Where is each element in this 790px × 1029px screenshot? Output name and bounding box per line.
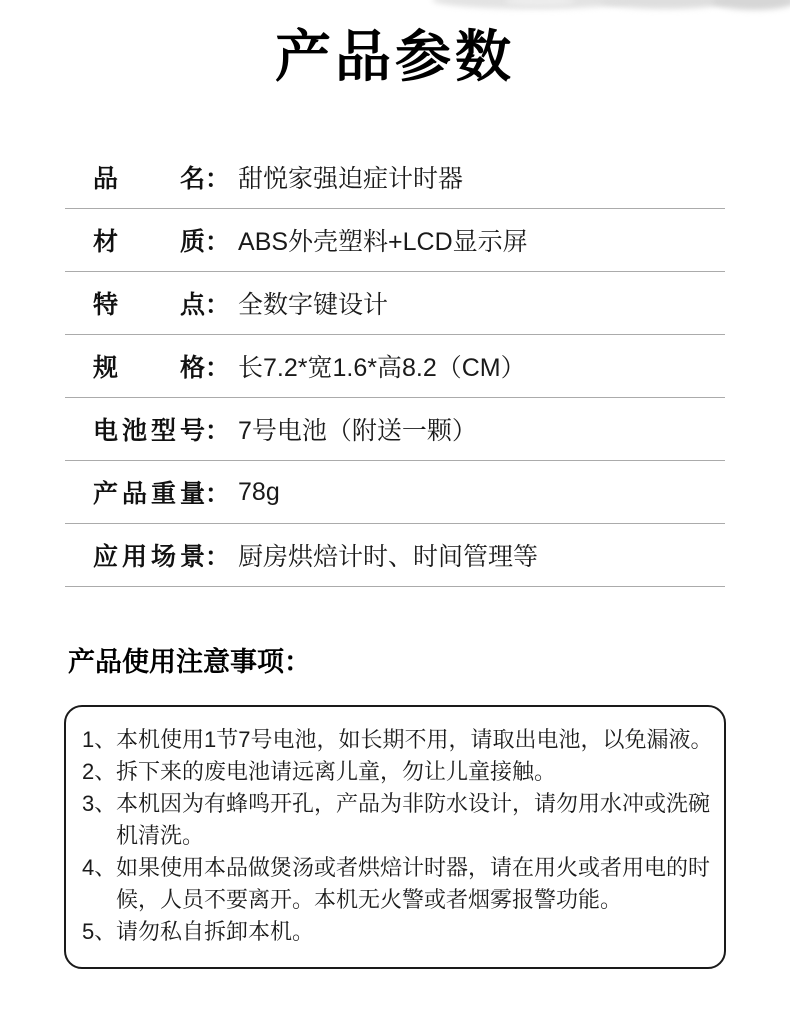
spec-colon: ： [205, 474, 230, 510]
note-text: 如果使用本品做煲汤或者烘焙计时器，请在用火或者用电的时候，人员不要离开。本机无火… [116, 852, 716, 916]
page-title: 产品参数 [0, 26, 790, 88]
note-number: 2、 [82, 756, 116, 788]
spec-colon: ： [205, 159, 230, 195]
spec-value: 7号电池（附送一颗） [238, 411, 477, 447]
note-number: 5、 [82, 916, 116, 948]
note-text: 本机因为有蜂鸣开孔，产品为非防水设计，请勿用水冲或洗碗机清洗。 [116, 788, 716, 852]
notice-item: 2、 拆下来的废电池请远离儿童，勿让儿童接触。 [82, 756, 716, 788]
spec-value: 长7.2*宽1.6*高8.2（CM） [238, 348, 526, 384]
note-number: 1、 [82, 724, 116, 756]
spec-value: 甜悦家强迫症计时器 [238, 159, 463, 195]
note-text: 拆下来的废电池请远离儿童，勿让儿童接触。 [116, 756, 716, 788]
spec-row-material: 材质： ABS外壳塑料+LCD显示屏 [65, 209, 725, 272]
notice-item: 5、 请勿私自拆卸本机。 [82, 916, 716, 948]
note-number: 4、 [82, 852, 116, 916]
spec-colon: ： [205, 222, 230, 258]
note-number: 3、 [82, 788, 116, 852]
note-text: 请勿私自拆卸本机。 [116, 916, 716, 948]
spec-value: ABS外壳塑料+LCD显示屏 [238, 222, 528, 258]
notice-heading: 产品使用注意事项： [68, 643, 790, 681]
spec-colon: ： [205, 348, 230, 384]
notice-item: 3、 本机因为有蜂鸣开孔，产品为非防水设计，请勿用水冲或洗碗机清洗。 [82, 788, 716, 852]
spec-colon: ： [205, 285, 230, 321]
photo-remnant-blob [600, 0, 730, 9]
spec-row-feature: 特点： 全数字键设计 [65, 272, 725, 335]
spec-row-battery: 电池型号： 7号电池（附送一颗） [65, 398, 725, 461]
notice-item: 4、 如果使用本品做煲汤或者烘焙计时器，请在用火或者用电的时候，人员不要离开。本… [82, 852, 716, 916]
spec-label: 电池型号 [93, 411, 205, 447]
spec-label: 特点 [93, 285, 205, 321]
spec-label: 规格 [93, 348, 205, 384]
spec-colon: ： [205, 537, 230, 573]
notice-box: 1、 本机使用1节7号电池，如长期不用，请取出电池，以免漏液。 2、 拆下来的废… [64, 705, 726, 969]
spec-label: 应用场景 [93, 537, 205, 573]
spec-value: 厨房烘焙计时、时间管理等 [238, 537, 538, 573]
spec-row-size: 规格： 长7.2*宽1.6*高8.2（CM） [65, 335, 725, 398]
spec-value: 全数字键设计 [238, 285, 388, 321]
spec-label: 材质 [93, 222, 205, 258]
spec-value: 78g [238, 478, 280, 507]
notice-item: 1、 本机使用1节7号电池，如长期不用，请取出电池，以免漏液。 [82, 724, 716, 756]
spec-row-usage-scene: 应用场景： 厨房烘焙计时、时间管理等 [65, 524, 725, 587]
spec-label: 产品重量 [93, 474, 205, 510]
spec-row-product-name: 品名： 甜悦家强迫症计时器 [65, 146, 725, 209]
photo-remnant-blob [712, 0, 790, 10]
spec-table: 品名： 甜悦家强迫症计时器 材质： ABS外壳塑料+LCD显示屏 特点： 全数字… [65, 146, 725, 587]
spec-row-weight: 产品重量： 78g [65, 461, 725, 524]
note-text: 本机使用1节7号电池，如长期不用，请取出电池，以免漏液。 [116, 724, 716, 756]
spec-colon: ： [205, 411, 230, 447]
spec-label: 品名 [93, 159, 205, 195]
